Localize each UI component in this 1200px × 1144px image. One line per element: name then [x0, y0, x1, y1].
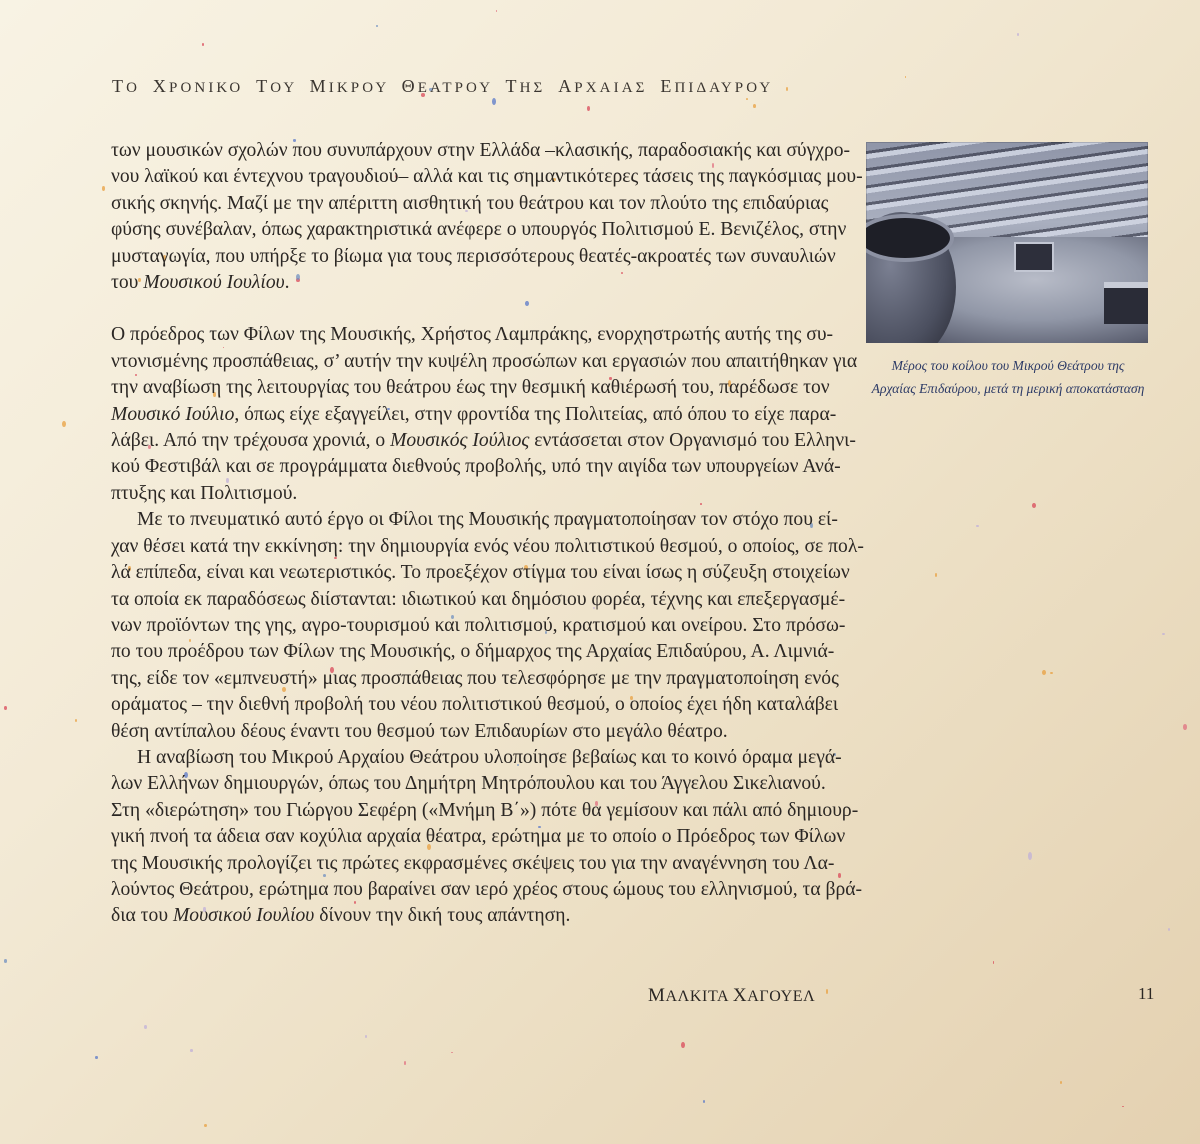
paper-fleck: [993, 961, 995, 963]
paper-fleck: [4, 706, 7, 710]
running-head-word: του: [256, 80, 297, 96]
paper-fleck: [204, 1124, 207, 1128]
paper-fleck: [1017, 33, 1019, 36]
paper-fleck: [746, 98, 748, 100]
paper-fleck: [1032, 503, 1036, 508]
paper-fleck: [1060, 1081, 1062, 1084]
text-line: του Μουσικού Ιουλίου.: [111, 270, 801, 296]
text-line: σικής σκηνής. Μαζί με την απέριττη αισθη…: [111, 191, 801, 217]
paper-fleck: [1042, 670, 1046, 675]
text-line: λούντος Θεάτρου, ερώτημα που βαραίνει σα…: [111, 877, 801, 903]
caption-line-2: Αρχαίας Επιδαύρου, μετά τη μερική αποκατ…: [858, 377, 1158, 400]
text-line: πτυξης και Πολιτισμού.: [111, 481, 801, 507]
text-line: λων Ελλήνων δημιουργών, όπως του Δημήτρη…: [111, 771, 801, 797]
paper-fleck: [935, 573, 937, 577]
paper-fleck: [102, 186, 106, 192]
caption-line-1: Μέρος του κοίλου του Μικρού Θεάτρου της: [858, 354, 1158, 377]
paper-fleck: [144, 1025, 147, 1029]
paper-fleck: [681, 1042, 685, 1048]
text-line: λάβει. Από την τρέχουσα χρονιά, ο Μουσικ…: [111, 428, 801, 454]
running-head-word: Θεατρου: [402, 80, 493, 96]
text-line: πο του προέδρου των Φίλων της Μουσικής, …: [111, 639, 801, 665]
paragraph: Ο πρόεδρος των Φίλων της Μουσικής, Χρήστ…: [111, 322, 801, 507]
paper-fleck: [202, 43, 204, 47]
signature-last-rest: αγουελ: [747, 988, 815, 1005]
paragraph: Με το πνευματικό αυτό έργο οι Φίλοι της …: [111, 507, 801, 745]
author-signature: Μαλκιτα Χαγουελ: [648, 985, 800, 1007]
paper-fleck: [826, 989, 828, 994]
photo-pit: [1014, 242, 1054, 272]
paper-fleck: [976, 525, 979, 528]
text-line: της Μουσικής προλογίζει τις πρώτες εκφρα…: [111, 851, 801, 877]
text-line: φύσης συνέβαλαν, όπως χαρακτηριστικά ανέ…: [111, 217, 801, 243]
running-head-word: Χρονικο: [153, 80, 243, 96]
photo-caption: Μέρος του κοίλου του Μικρού Θεάτρου της …: [858, 354, 1158, 400]
running-head-word: Μικρου: [310, 80, 389, 96]
paper-fleck: [75, 719, 77, 722]
paper-fleck: [4, 959, 8, 963]
text-line: τα οποία εκ παραδόσεως διίστανται: ιδιωτ…: [111, 587, 801, 613]
text-line: νου λαϊκού και έντεχνου τραγουδιού– αλλά…: [111, 164, 801, 190]
text-line: Στη «διερώτηση» του Γιώργου Σεφέρη («Μνή…: [111, 798, 801, 824]
running-head-word: Επιδαυρου: [660, 80, 773, 96]
text-line: της, είδε τον «εμπνευστή» μιας προσπάθει…: [111, 666, 801, 692]
paper-fleck: [365, 1035, 367, 1039]
paper-fleck: [62, 421, 66, 427]
signature-first-cap: Μ: [648, 985, 666, 1006]
paper-fleck: [1050, 672, 1053, 674]
text-line: Η αναβίωση του Μικρού Αρχαίου Θεάτρου υλ…: [111, 745, 801, 771]
text-line: ντονισμένης προσπάθειας, σ’ αυτήν την κυ…: [111, 349, 801, 375]
paper-fleck: [451, 1052, 453, 1054]
photo-stone: [1104, 282, 1148, 324]
paragraph: των μουσικών σχολών που συνυπάρχουν στην…: [111, 138, 801, 296]
page-number: 11: [1138, 984, 1154, 1004]
text-line: δια του Μουσικού Ιουλίου δίνουν την δική…: [111, 903, 801, 929]
paper-fleck: [404, 1061, 407, 1065]
text-line: μυσταγωγία, που υπήρξε το βίωμα για τους…: [111, 244, 801, 270]
text-line: Ο πρόεδρος των Φίλων της Μουσικής, Χρήστ…: [111, 322, 801, 348]
paper-fleck: [190, 1049, 192, 1052]
running-head: Το Χρονικο του Μικρου Θεατρου της Αρχαια…: [112, 76, 792, 97]
text-line: θέση αντίπαλου δέους έναντι του θεσμού τ…: [111, 719, 801, 745]
paper-fleck: [1162, 633, 1165, 635]
article-body: των μουσικών σχολών που συνυπάρχουν στην…: [111, 138, 801, 930]
paper-fleck: [1183, 724, 1187, 730]
text-line: κού Φεστιβάλ και σε προγράμματα διεθνούς…: [111, 454, 801, 480]
paper-fleck: [496, 10, 498, 12]
paper-fleck: [905, 76, 907, 78]
running-head-word: Αρχαιας: [558, 80, 647, 96]
paper-fleck: [587, 106, 590, 111]
paper-fleck: [1028, 852, 1032, 859]
theatre-photo: [866, 142, 1148, 343]
paper-fleck: [95, 1056, 97, 1059]
paper-fleck: [838, 873, 841, 878]
text-line: οράματος – την διεθνή προβολή του νέου π…: [111, 692, 801, 718]
signature-first-rest: αλκιτα: [666, 988, 729, 1005]
paper-fleck: [703, 1100, 705, 1103]
paper-fleck: [492, 98, 496, 105]
text-line: χαν θέσει κατά την εκκίνηση: την δημιουρ…: [111, 534, 801, 560]
paper-fleck: [1168, 928, 1170, 931]
paper-fleck: [753, 104, 756, 108]
signature-last-cap: Χ: [733, 985, 747, 1006]
text-line: λά επίπεδα, είναι και νεωτεριστικός. Το …: [111, 560, 801, 586]
text-line: γική πνοή τα άδεια σαν κοχύλια αρχαία θέ…: [111, 824, 801, 850]
text-line: των μουσικών σχολών που συνυπάρχουν στην…: [111, 138, 801, 164]
text-line: Με το πνευματικό αυτό έργο οι Φίλοι της …: [111, 507, 801, 533]
running-head-word: της: [505, 80, 545, 96]
paper-fleck: [376, 25, 378, 28]
paper-fleck: [1122, 1106, 1124, 1108]
paragraph: Η αναβίωση του Μικρού Αρχαίου Θεάτρου υλ…: [111, 745, 801, 930]
text-line: νων προϊόντων της γης, αγρο-τουρισμού κα…: [111, 613, 801, 639]
running-head-word: Το: [112, 80, 140, 96]
text-line: την αναβίωση της λειτουργίας του θεάτρου…: [111, 375, 801, 401]
text-line: Μουσικό Ιούλιο, όπως είχε εξαγγείλει, στ…: [111, 402, 801, 428]
